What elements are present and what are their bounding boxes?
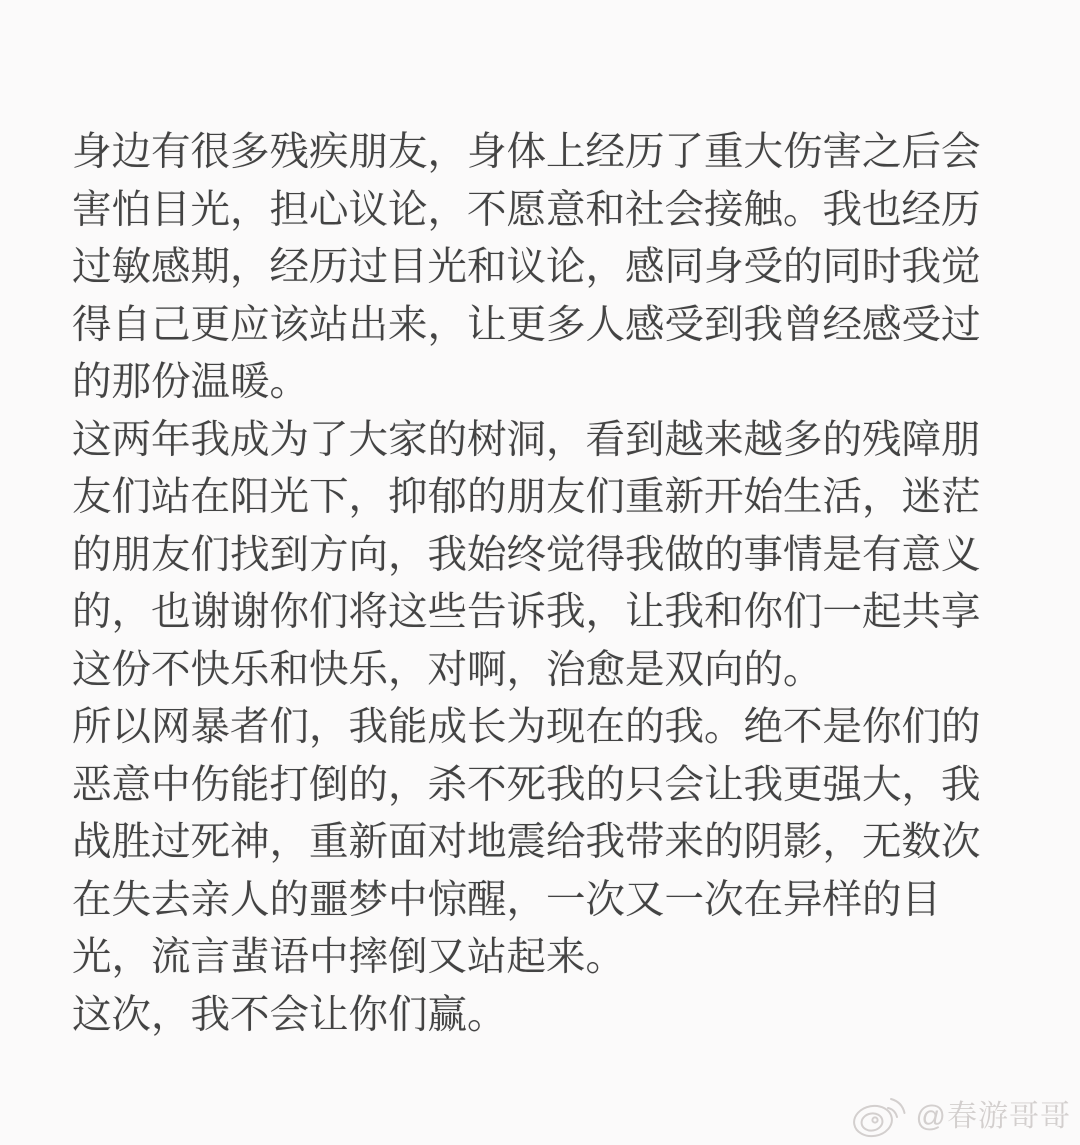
post-screenshot: 身边有很多残疾朋友，身体上经历了重大伤害之后会 害怕目光，担心议论，不愿意和社会… xyxy=(0,0,1080,1145)
post-text-line: 友们站在阳光下，抑郁的朋友们重新开始生活，迷茫 xyxy=(72,469,1032,527)
post-text-line: 的朋友们找到方向，我始终觉得我做的事情是有意义 xyxy=(72,527,1032,585)
post-text-line: 光，流言蜚语中摔倒又站起来。 xyxy=(72,929,1032,987)
watermark: @春游哥哥 xyxy=(851,1095,1071,1139)
post-text-line: 战胜过死神，重新面对地震给我带来的阴影，无数次 xyxy=(72,814,1032,872)
post-paragraph: 这次，我不会让你们赢。 xyxy=(72,987,1032,1045)
post-text-line: 的，也谢谢你们将这些告诉我，让我和你们一起共享 xyxy=(72,584,1032,642)
post-text-line: 得自己更应该站出来，让更多人感受到我曾经感受过 xyxy=(72,297,1032,355)
post-text-line: 这次，我不会让你们赢。 xyxy=(72,987,1032,1045)
post-text-line: 的那份温暖。 xyxy=(72,354,1032,412)
post-text-line: 过敏感期，经历过目光和议论，感同身受的同时我觉 xyxy=(72,239,1032,297)
post-text-line: 所以网暴者们，我能成长为现在的我。绝不是你们的 xyxy=(72,699,1032,757)
post-text: 身边有很多残疾朋友，身体上经历了重大伤害之后会 害怕目光，担心议论，不愿意和社会… xyxy=(72,124,1032,1044)
post-text-line: 害怕目光，担心议论，不愿意和社会接触。我也经历 xyxy=(72,182,1032,240)
post-text-line: 在失去亲人的噩梦中惊醒，一次又一次在异样的目 xyxy=(72,872,1032,930)
post-paragraph: 所以网暴者们，我能成长为现在的我。绝不是你们的 恶意中伤能打倒的，杀不死我的只会… xyxy=(72,699,1032,987)
post-text-line: 这份不快乐和快乐，对啊，治愈是双向的。 xyxy=(72,642,1032,700)
post-paragraph: 这两年我成为了大家的树洞，看到越来越多的残障朋 友们站在阳光下，抑郁的朋友们重新… xyxy=(72,412,1032,700)
post-paragraph: 身边有很多残疾朋友，身体上经历了重大伤害之后会 害怕目光，担心议论，不愿意和社会… xyxy=(72,124,1032,412)
weibo-logo-icon xyxy=(851,1095,907,1139)
watermark-handle: @春游哥哥 xyxy=(916,1095,1071,1139)
post-text-line: 恶意中伤能打倒的，杀不死我的只会让我更强大，我 xyxy=(72,757,1032,815)
post-text-line: 这两年我成为了大家的树洞，看到越来越多的残障朋 xyxy=(72,412,1032,470)
post-text-line: 身边有很多残疾朋友，身体上经历了重大伤害之后会 xyxy=(72,124,1032,182)
